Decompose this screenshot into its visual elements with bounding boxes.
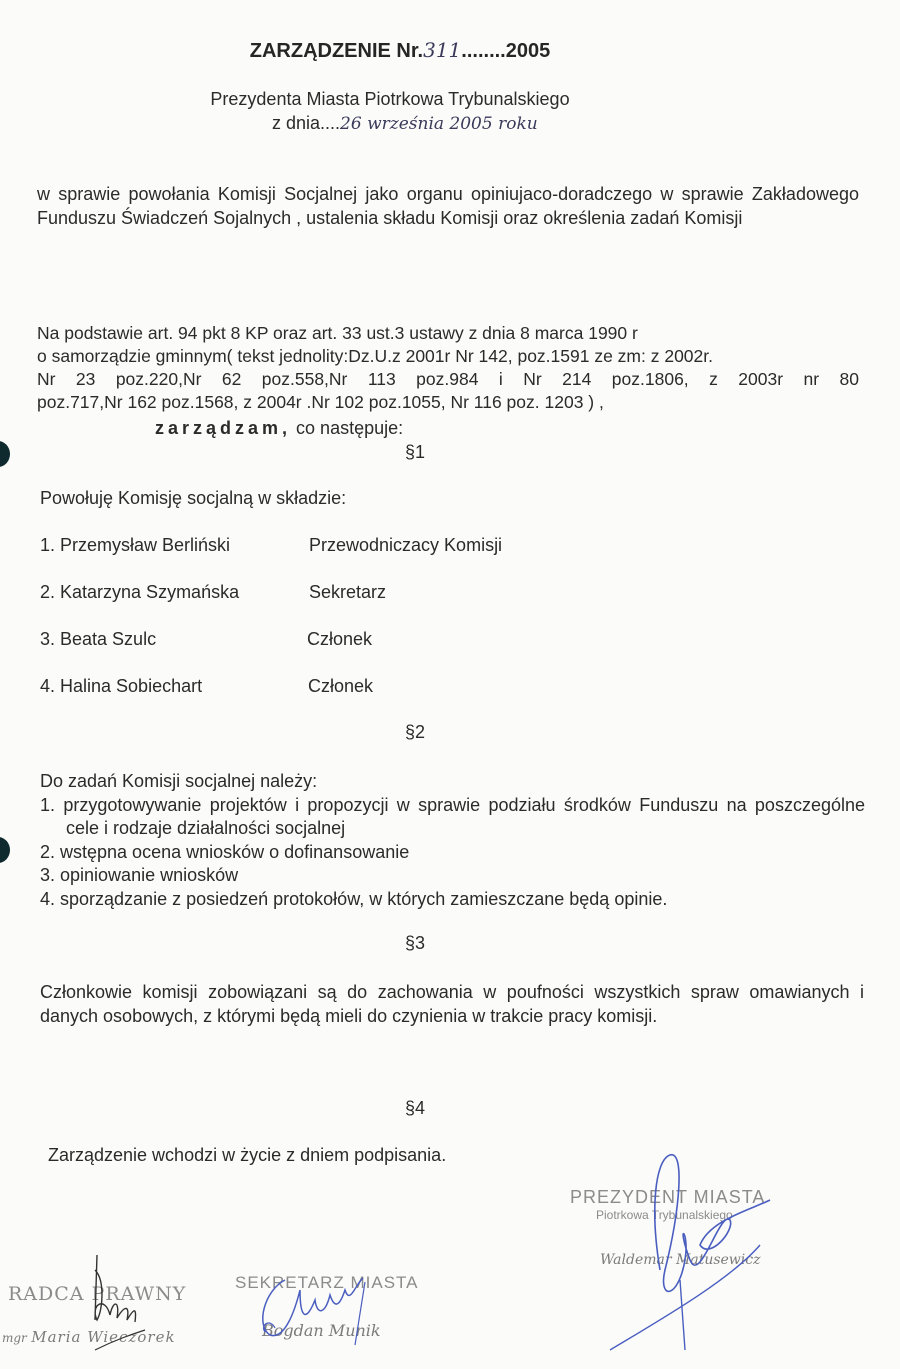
section-3-text: Członkowie komisji zobowiązani są do zac… [40,980,864,1028]
legal-basis-line: o samorządzie gminnym( tekst jednolity:D… [37,345,859,368]
section-4-heading: §4 [0,1098,830,1119]
section-4-text: Zarządzenie wchodzi w życie z dniem podp… [48,1145,446,1166]
secretary-signature-icon [245,1270,375,1350]
title-year: 2005 [506,40,551,62]
decree-word: zarządzam, [155,418,291,438]
task-item: 1. przygotowywanie projektów i propozycj… [40,794,865,841]
task-list: 1. przygotowywanie projektów i propozycj… [40,794,865,912]
member-name: 1. Przemysław Berliński [40,535,230,556]
subject-paragraph: w sprawie powołania Komisji Socjalnej ja… [37,182,859,230]
legal-basis-line: poz.717,Nr 162 poz.1568, z 2004r .Nr 102… [37,391,859,414]
legal-basis: Na podstawie art. 94 pkt 8 KP oraz art. … [37,322,859,414]
member-role: Członek [308,676,373,697]
stamp-name-prefix: mgr [2,1331,27,1345]
legal-basis-line: Na podstawie art. 94 pkt 8 KP oraz art. … [37,322,859,345]
section-3-heading: §3 [0,933,830,954]
legal-basis-line: Nr 23 poz.220,Nr 62 poz.558,Nr 113 poz.9… [37,368,859,391]
decree-phrase: zarządzam, co następuje: [155,418,403,439]
section-2-tasks: Do zadań Komisji socjalnej należy: 1. pr… [40,770,865,911]
document-title: ZARZĄDZENIE Nr.311........2005 [0,38,800,63]
document-date: z dnia....26 września 2005 roku [272,113,538,134]
member-role: Członek [307,629,372,650]
handwritten-date: 26 września 2005 roku [340,114,538,134]
task-item: 2. wstępna ocena wniosków o dofinansowan… [40,841,865,865]
hole-punch [0,837,10,863]
president-signature-icon [560,1150,800,1360]
member-name: 2. Katarzyna Szymańska [40,582,239,603]
member-role: Sekretarz [309,582,386,603]
section-1-heading: §1 [0,442,830,463]
task-item: 3. opiniowanie wniosków [40,864,865,888]
section-1-intro: Powołuję Komisję socjalną w składzie: [40,488,346,509]
date-prefix: z dnia.... [272,113,340,133]
member-role: Przewodniczacy Komisji [309,535,502,556]
title-dots: ........ [461,40,505,62]
section-2-heading: §2 [0,722,830,743]
document-subtitle: Prezydenta Miasta Piotrkowa Trybunalskie… [0,89,780,110]
decree-rest: co następuje: [291,418,403,438]
member-name: 4. Halina Sobiechart [40,676,202,697]
legal-counsel-signature-icon [75,1250,165,1360]
handwritten-number: 311 [423,38,461,62]
title-prefix: ZARZĄDZENIE Nr. [250,40,423,62]
member-name: 3. Beata Szulc [40,629,156,650]
task-item: 4. sporządzanie z posiedzeń protokołów, … [40,888,865,912]
section-2-intro: Do zadań Komisji socjalnej należy: [40,770,865,794]
